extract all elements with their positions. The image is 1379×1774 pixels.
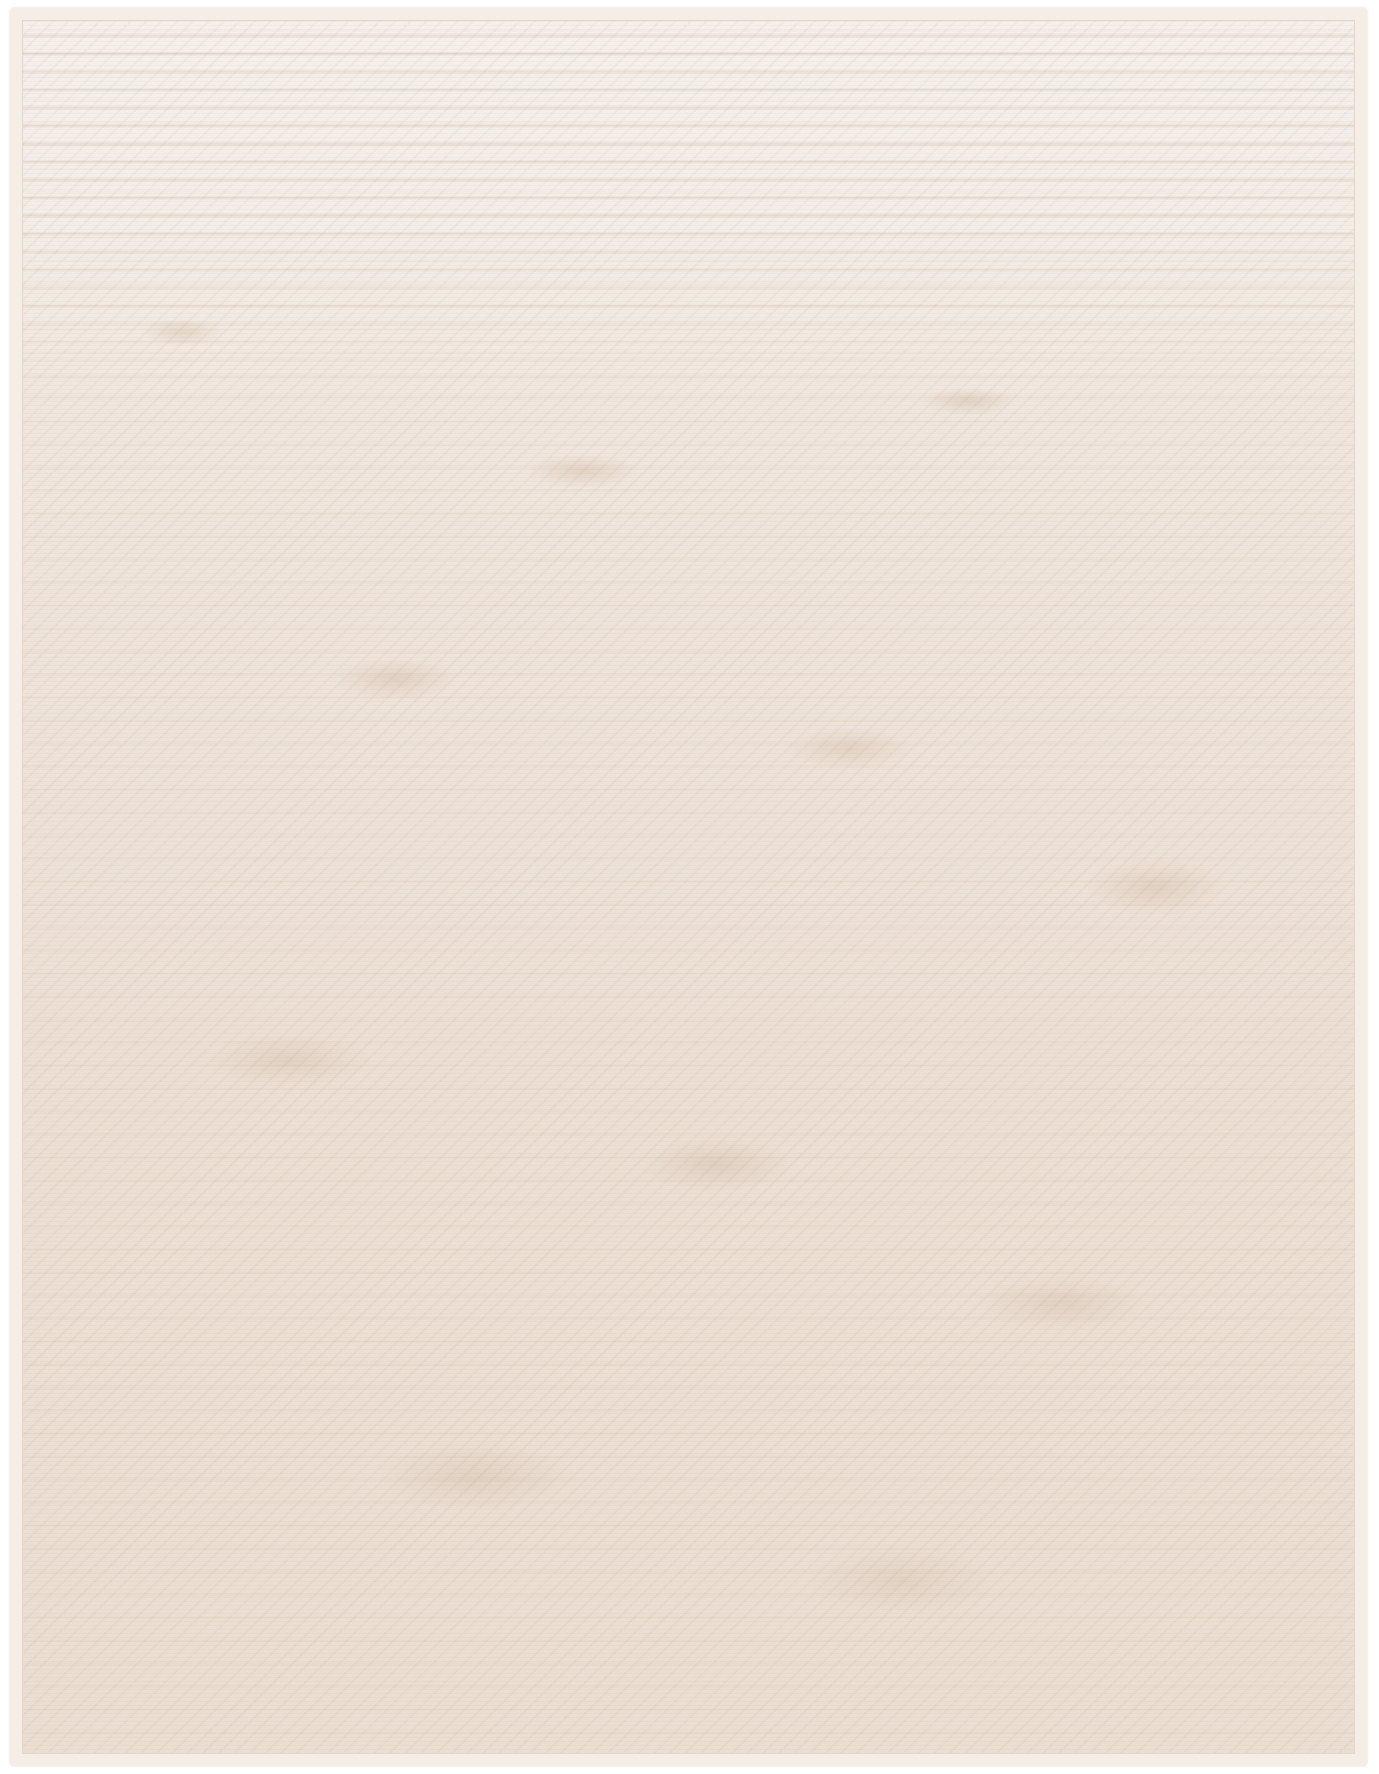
product-image [0,0,1379,1774]
rug [10,8,1367,1766]
rug-pile-texture [22,20,1355,1754]
